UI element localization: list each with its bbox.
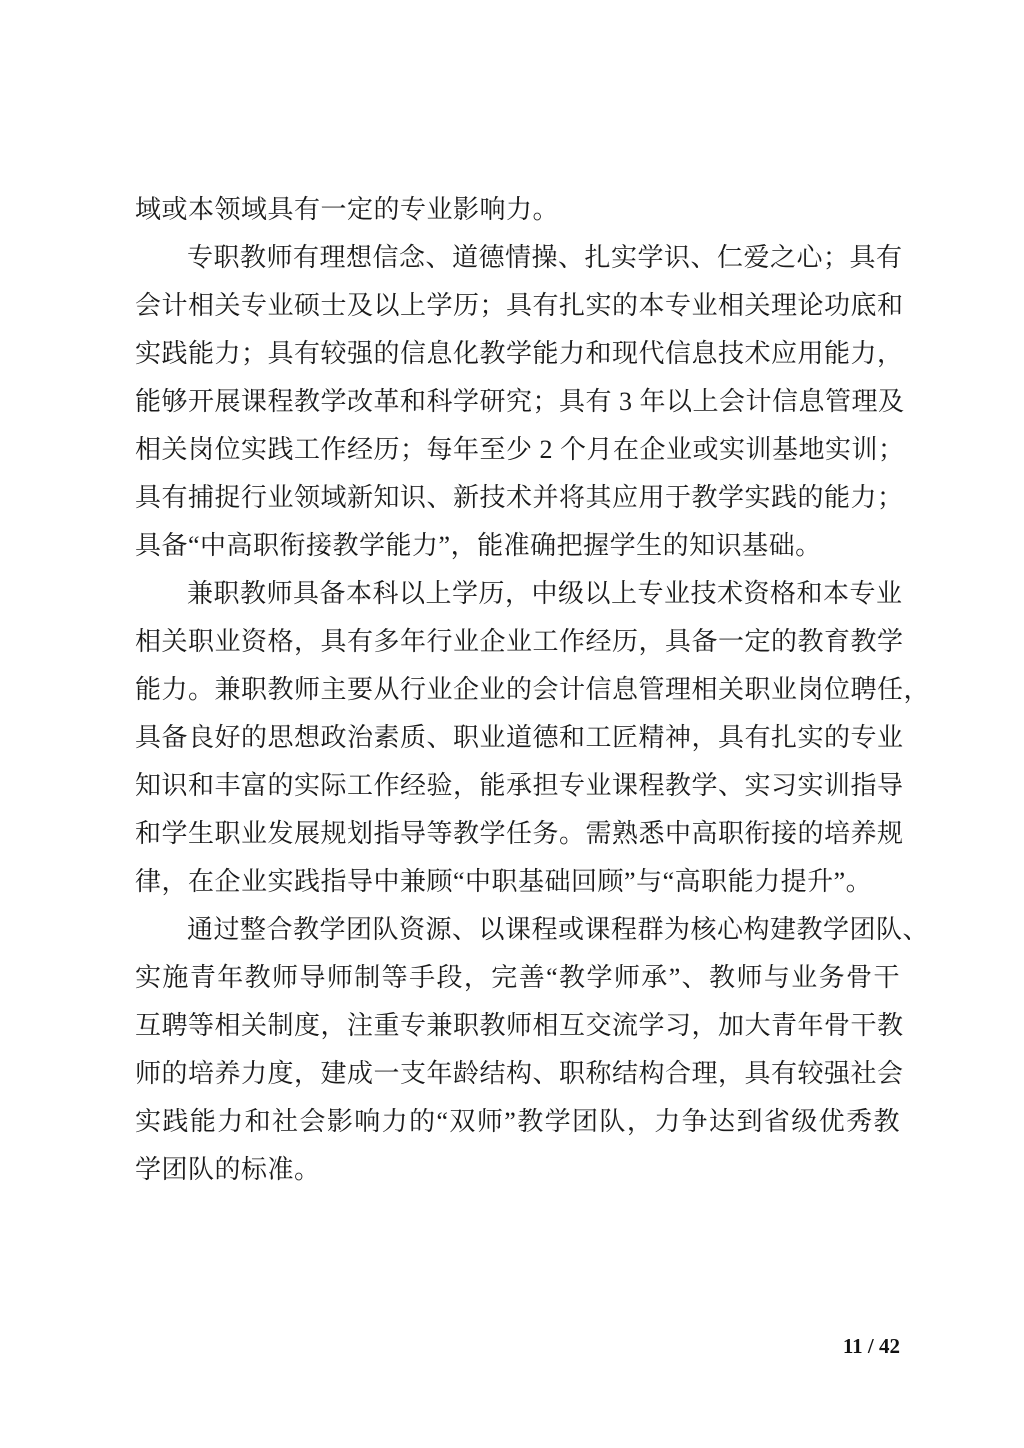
text-line: 和学生职业发展规划指导等教学任务。需熟悉中高职衔接的培养规 [135,810,900,858]
text-line: 专职教师有理想信念、道德情操、扎实学识、仁爱之心；具有 [135,234,900,282]
text-line: 域或本领域具有一定的专业影响力。 [135,186,900,234]
text-line: 知识和丰富的实际工作经验，能承担专业课程教学、实习实训指导 [135,762,900,810]
text-line: 能力。兼职教师主要从行业企业的会计信息管理相关职业岗位聘任， [135,666,900,714]
text-line: 具备“中高职衔接教学能力”，能准确把握学生的知识基础。 [135,522,900,570]
text-line: 具备良好的思想政治素质、职业道德和工匠精神，具有扎实的专业 [135,714,900,762]
paragraph: 专职教师有理想信念、道德情操、扎实学识、仁爱之心；具有会计相关专业硕士及以上学历… [135,234,900,570]
text-line: 实施青年教师导师制等手段，完善“教学师承”、教师与业务骨干 [135,954,900,1002]
text-line: 师的培养力度，建成一支年龄结构、职称结构合理，具有较强社会 [135,1050,900,1098]
text-line: 兼职教师具备本科以上学历，中级以上专业技术资格和本专业 [135,570,900,618]
document-body: 域或本领域具有一定的专业影响力。专职教师有理想信念、道德情操、扎实学识、仁爱之心… [135,186,900,1194]
text-line: 学团队的标准。 [135,1146,900,1194]
text-line: 实践能力；具有较强的信息化教学能力和现代信息技术应用能力， [135,330,900,378]
text-line: 律，在企业实践指导中兼顾“中职基础回顾”与“高职能力提升”。 [135,858,900,906]
text-line: 通过整合教学团队资源、以课程或课程群为核心构建教学团队、 [135,906,900,954]
paragraph: 域或本领域具有一定的专业影响力。 [135,186,900,234]
text-line: 相关职业资格，具有多年行业企业工作经历，具备一定的教育教学 [135,618,900,666]
page-number: 11 / 42 [843,1334,900,1359]
document-page: 域或本领域具有一定的专业影响力。专职教师有理想信念、道德情操、扎实学识、仁爱之心… [0,0,1024,1448]
paragraph: 通过整合教学团队资源、以课程或课程群为核心构建教学团队、实施青年教师导师制等手段… [135,906,900,1194]
text-line: 互聘等相关制度，注重专兼职教师相互交流学习，加大青年骨干教 [135,1002,900,1050]
text-line: 具有捕捉行业领域新知识、新技术并将其应用于教学实践的能力； [135,474,900,522]
text-line: 会计相关专业硕士及以上学历；具有扎实的本专业相关理论功底和 [135,282,900,330]
text-line: 能够开展课程教学改革和科学研究；具有 3 年以上会计信息管理及 [135,378,900,426]
paragraph: 兼职教师具备本科以上学历，中级以上专业技术资格和本专业相关职业资格，具有多年行业… [135,570,900,906]
text-line: 相关岗位实践工作经历；每年至少 2 个月在企业或实训基地实训； [135,426,900,474]
text-line: 实践能力和社会影响力的“双师”教学团队，力争达到省级优秀教 [135,1098,900,1146]
